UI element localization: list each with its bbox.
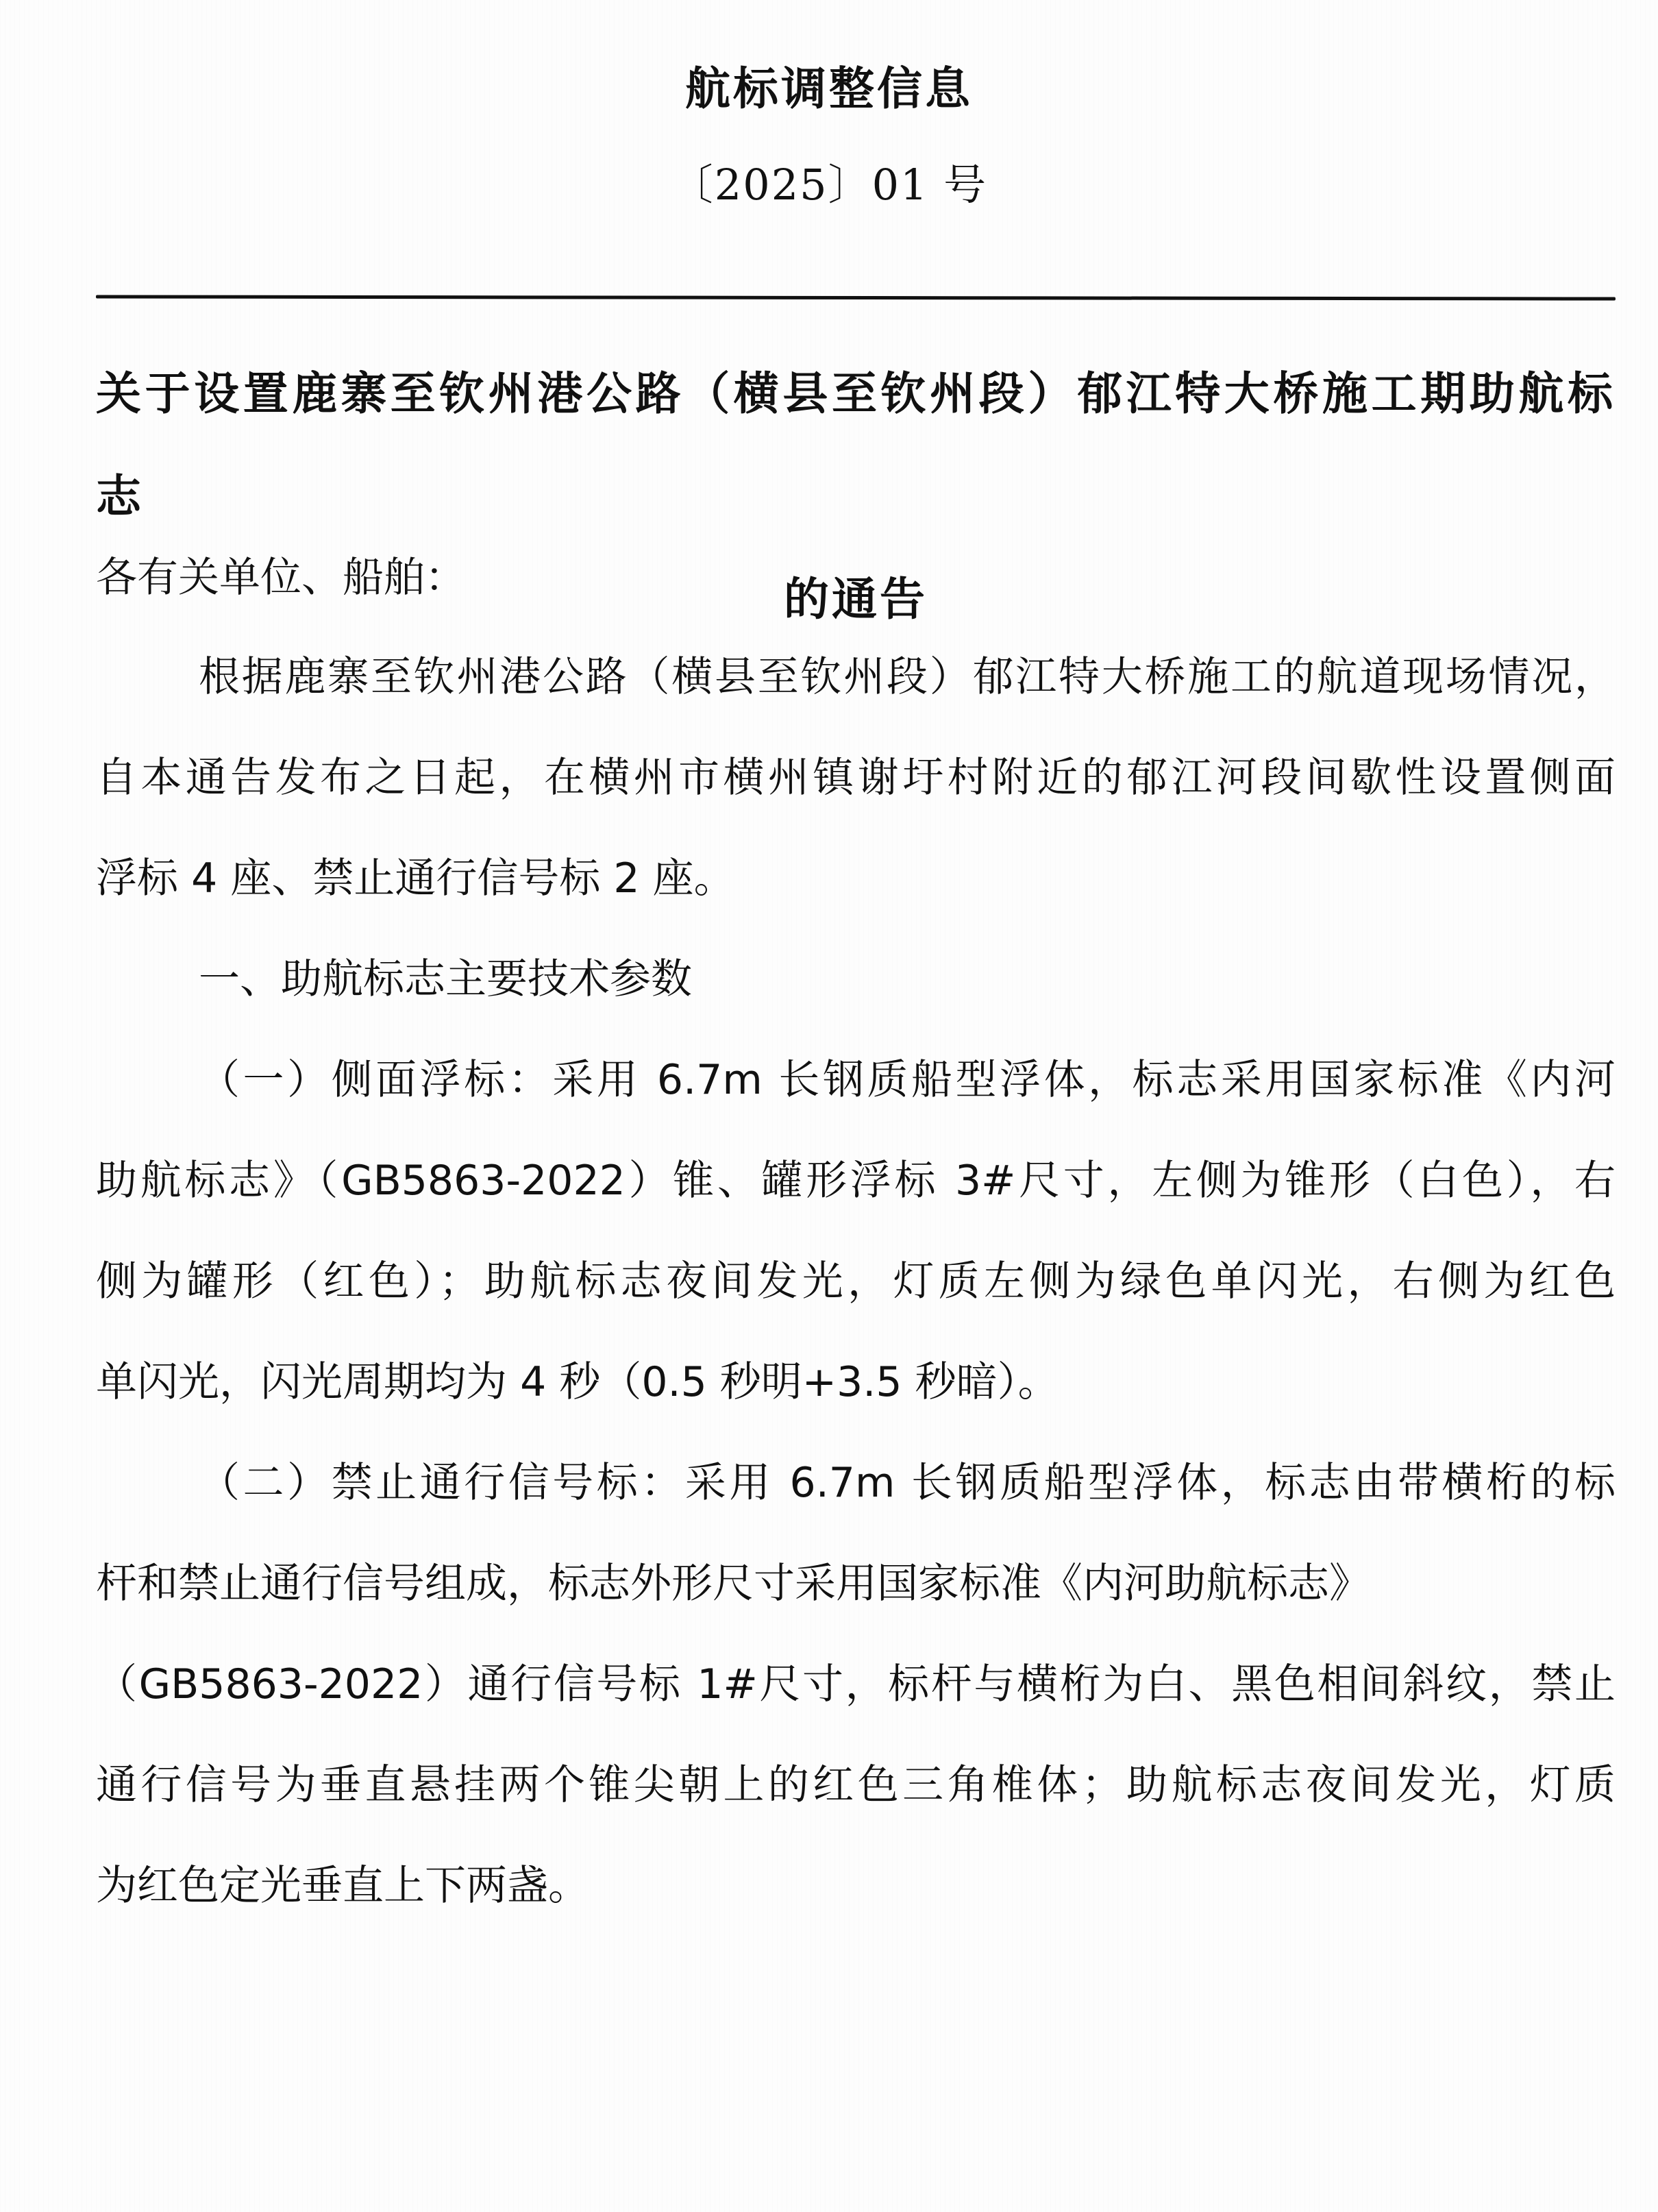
- paragraph-line: 浮标 4 座、禁止通行信号标 2 座。: [96, 828, 1616, 929]
- paragraph-no-passage-signal: （二）禁止通行信号标：采用 6.7m 长钢质船型浮体，标志由带横桁的标 杆和禁止…: [96, 1433, 1616, 1937]
- paragraph-line: （二）禁止通行信号标：采用 6.7m 长钢质船型浮体，标志由带横桁的标: [96, 1433, 1616, 1534]
- section-heading: 一、助航标志主要技术参数: [96, 929, 1616, 1030]
- salutation: 各有关单位、船舶：: [96, 528, 1616, 628]
- paragraph-line: 助航标志》（GB5863-2022）锥、罐形浮标 3#尺寸，左侧为锥形（白色），…: [96, 1131, 1616, 1231]
- notice-title-line-1: 关于设置鹿寨至钦州港公路（横县至钦州段）郁江特大桥施工期助航标志: [96, 343, 1616, 548]
- paragraph-line: （一）侧面浮标：采用 6.7m 长钢质船型浮体，标志采用国家标准《内河: [96, 1030, 1616, 1131]
- paragraph-line: 为红色定光垂直上下两盏。: [96, 1836, 1616, 1937]
- document-number: 〔2025〕01 号: [0, 152, 1658, 218]
- header-divider: [96, 295, 1616, 300]
- document-header-title: 航标调整信息: [0, 56, 1658, 122]
- paragraph-line: 根据鹿寨至钦州港公路（横县至钦州段）郁江特大桥施工的航道现场情况，: [96, 627, 1616, 728]
- paragraph-side-buoys: （一）侧面浮标：采用 6.7m 长钢质船型浮体，标志采用国家标准《内河 助航标志…: [96, 1030, 1616, 1433]
- paragraph-line: 自本通告发布之日起，在横州市横州镇谢圩村附近的郁江河段间歇性设置侧面: [96, 728, 1616, 828]
- section-heading-technical-params: 一、助航标志主要技术参数: [96, 929, 1616, 1030]
- paragraph-line: 杆和禁止通行信号组成，标志外形尺寸采用国家标准《内河助航标志》: [96, 1534, 1616, 1634]
- document-page: 航标调整信息 〔2025〕01 号 关于设置鹿寨至钦州港公路（横县至钦州段）郁江…: [0, 0, 1658, 2212]
- paragraph-line: 侧为罐形（红色）；助航标志夜间发光，灯质左侧为绿色单闪光，右侧为红色: [96, 1231, 1616, 1332]
- paragraph-line: 单闪光，闪光周期均为 4 秒（0.5 秒明+3.5 秒暗）。: [96, 1332, 1616, 1433]
- paragraph-intro: 根据鹿寨至钦州港公路（横县至钦州段）郁江特大桥施工的航道现场情况， 自本通告发布…: [96, 627, 1616, 929]
- paragraph-line: （GB5863-2022）通行信号标 1#尺寸，标杆与横桁为白、黑色相间斜纹，禁…: [96, 1634, 1616, 1735]
- paragraph-line: 通行信号为垂直悬挂两个锥尖朝上的红色三角椎体；助航标志夜间发光，灯质: [96, 1735, 1616, 1836]
